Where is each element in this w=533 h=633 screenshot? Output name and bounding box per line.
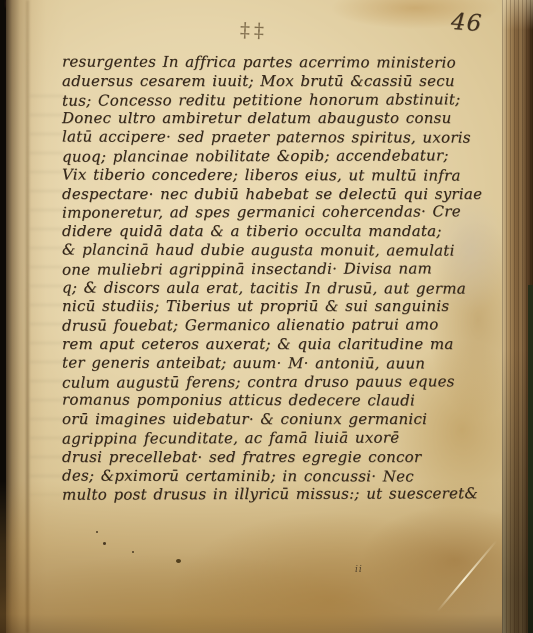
verso-showthrough xyxy=(30,95,64,495)
manuscript-line: culum augustū ferens; contra druso pauus… xyxy=(62,372,442,392)
manuscript-line: imponeretur, ad spes germanici cohercend… xyxy=(62,203,442,223)
manuscript-line: didere quidā data & a tiberio occulta ma… xyxy=(62,222,442,241)
gutter-crease xyxy=(26,0,29,633)
manuscript-line: drusū fouebat; Germanico alienatio patru… xyxy=(62,315,442,335)
ink-spot xyxy=(103,542,106,545)
manuscript-line: resurgentes In affrica partes acerrimo m… xyxy=(62,53,442,73)
marginal-mark: ii xyxy=(355,565,363,575)
manuscript-line: despectare· nec dubiū habebat se delectū… xyxy=(62,185,442,204)
manuscript-line: agrippina fecunditate, ac famā liuiā uxo… xyxy=(62,428,442,448)
folio-number: 46 xyxy=(450,9,483,37)
manuscript-line: drusi precellebat· sed fratres egregie c… xyxy=(62,448,442,467)
manuscript-line: romanus pomponius atticus dedecere claud… xyxy=(62,391,442,411)
background-sliver xyxy=(528,285,533,633)
quire-mark: ‡‡ xyxy=(240,18,269,43)
manuscript-text-block: resurgentes In affrica partes acerrimo m… xyxy=(62,53,442,504)
manuscript-photo: ‡‡ 46 resurgentes In affrica partes acer… xyxy=(0,0,533,633)
manuscript-line: orū imagines uidebatur· & coniunx german… xyxy=(62,410,442,429)
manuscript-line: multo post drusus in illyricū missus:; u… xyxy=(62,485,442,505)
ink-spot xyxy=(176,559,181,563)
manuscript-line: rem aput ceteros auxerat; & quia claritu… xyxy=(62,335,442,354)
manuscript-line: Vix tiberio concedere; liberos eius, ut … xyxy=(62,165,442,185)
ink-spot xyxy=(96,531,98,533)
manuscript-line: nicū studiis; Tiberius ut propriū & sui … xyxy=(62,297,442,316)
manuscript-line: des; &pximorū certaminib; in concussi· N… xyxy=(62,466,442,486)
manuscript-line: Donec ultro ambiretur delatum abaugusto … xyxy=(62,109,442,128)
manuscript-line: ter generis anteibat; auum· M· antoniū, … xyxy=(62,353,442,373)
manuscript-line: one muliebri agrippinā insectandi· Divis… xyxy=(62,259,442,279)
ink-spot xyxy=(132,551,134,553)
manuscript-line: q; & discors aula erat, tacitis In drusū… xyxy=(62,278,442,298)
manuscript-line: latū accipere· sed praeter paternos spir… xyxy=(62,128,442,148)
manuscript-line: aduersus cesarem iuuit; Mox brutū &cassi… xyxy=(62,72,442,91)
manuscript-line: & plancinā haud dubie augusta monuit, ae… xyxy=(62,240,442,260)
manuscript-line: quoq; plancinae nobilitate &opib; accend… xyxy=(62,146,442,166)
manuscript-line: tus; Concesso reditu petitione honorum a… xyxy=(62,90,442,110)
